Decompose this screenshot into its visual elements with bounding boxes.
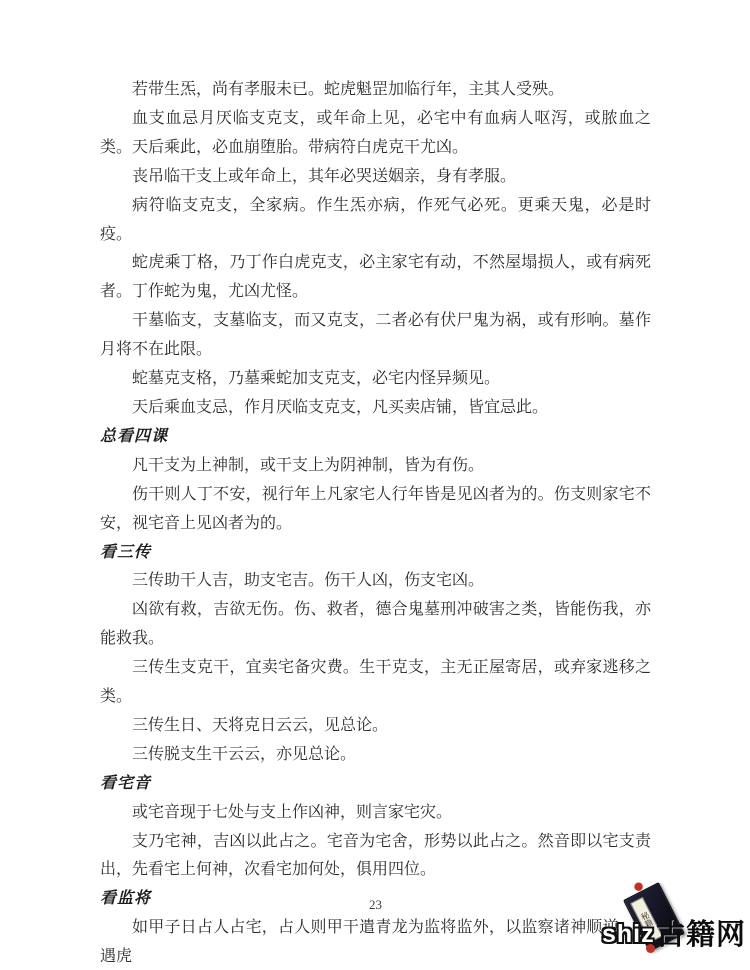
page-text-block: 若带生炁，尚有孝服未已。蛇虎魁罡加临行年，主其人受殃。 血支血忌月厌临支克支，或…	[100, 76, 651, 970]
body-paragraph: 病符临支克支，全家病。作生炁亦病，作死气必死。更乘天鬼，必是时疫。	[100, 192, 651, 250]
body-paragraph: 蛇墓克支格，乃墓乘蛇加支克支，必宅内怪异频见。	[100, 365, 651, 394]
body-paragraph: 三传生日、天将克日云云，见总论。	[100, 712, 651, 741]
body-paragraph: 或宅音现于七处与支上作凶神，则言家宅灾。	[100, 799, 651, 828]
watermark-chinese-text: 古籍网	[656, 912, 746, 953]
page-number: 23	[100, 897, 651, 913]
scanned-book-page: 若带生炁，尚有孝服未已。蛇虎魁罡加临行年，主其人受殃。 血支血忌月厌临支克支，或…	[0, 0, 750, 970]
body-paragraph: 若带生炁，尚有孝服未已。蛇虎魁罡加临行年，主其人受殃。	[100, 76, 651, 105]
body-paragraph: 血支血忌月厌临支克支，或年命上见，必宅中有血病人呕泻，或脓血之类。天后乘此，必血…	[100, 105, 651, 163]
body-paragraph: 干墓临支，支墓临支，而又克支，二者必有伏尸鬼为祸，或有形响。墓作月将不在此限。	[100, 307, 651, 365]
body-paragraph: 天后乘血支忌，作月厌临支克支，凡买卖店铺，皆宜忌此。	[100, 394, 651, 423]
body-paragraph: 伤干则人丁不安，视行年上凡家宅人行年皆是见凶者为的。伤支则家宅不安，视宅音上见凶…	[100, 481, 651, 539]
section-heading: 看宅音	[100, 770, 651, 799]
body-paragraph: 三传脱支生干云云，亦见总论。	[100, 741, 651, 770]
body-paragraph: 丧吊临干支上或年命上，其年必哭送姻亲，身有孝服。	[100, 163, 651, 192]
body-paragraph: 三传生支克干，宜卖宅备灾费。生干克支，主无正屋寄居，或弃家逃移之类。	[100, 654, 651, 712]
body-paragraph: 如甲子日占人占宅，占人则甲干遣青龙为监将监外，以监察诸神顺逆。如遇虎	[100, 914, 651, 970]
section-heading: 总看四课	[100, 423, 651, 452]
body-paragraph: 三传助干人吉，助支宅吉。伤干人凶，伤支宅凶。	[100, 567, 651, 596]
body-paragraph: 凶欲有救，吉欲无伤。伤、救者，德合鬼墓刑冲破害之类，皆能伤我，亦能救我。	[100, 596, 651, 654]
body-paragraph: 支乃宅神，吉凶以此占之。宅音为宅舍，形势以此占之。然音即以宅支责出，先看宅上何神…	[100, 828, 651, 886]
section-heading: 看三传	[100, 539, 651, 568]
body-paragraph: 凡干支为上神制，或干支上为阴神制，皆为有伤。	[100, 452, 651, 481]
body-paragraph: 蛇虎乘丁格，乃丁作白虎克支，必主家宅有动，不然屋塌损人，或有病死者。丁作蛇为鬼，…	[100, 249, 651, 307]
